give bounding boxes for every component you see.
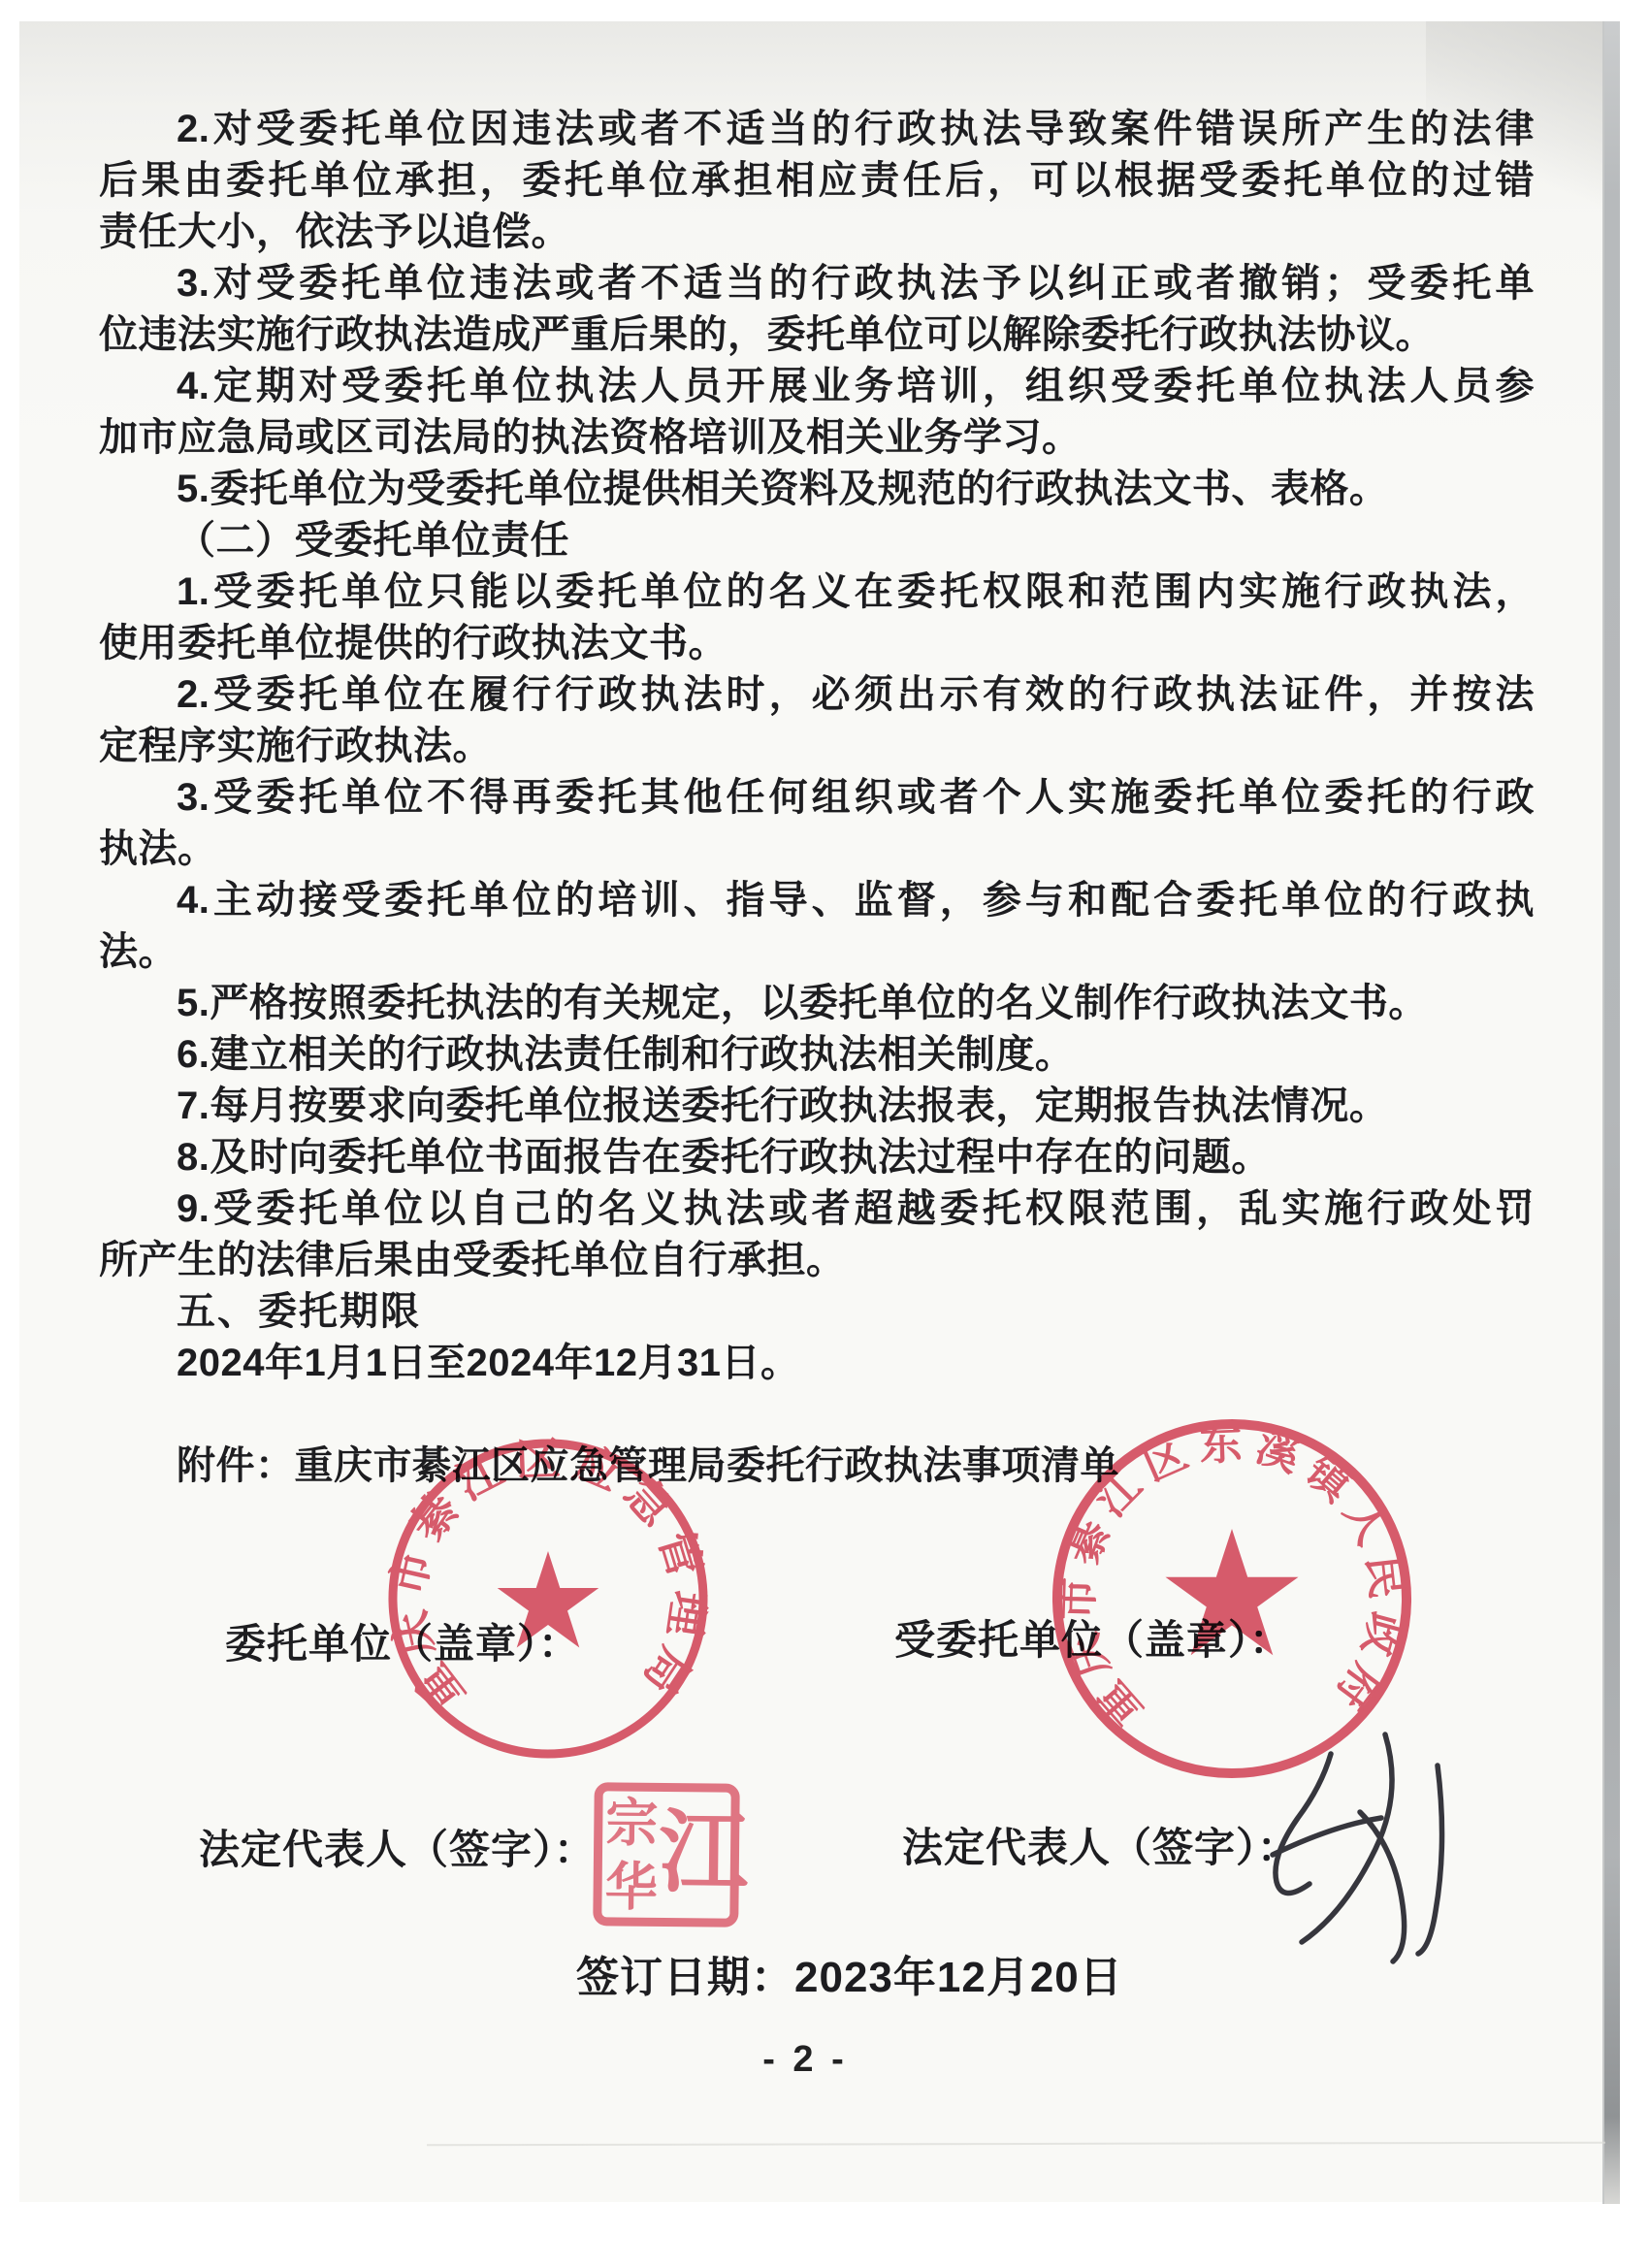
text-line: （二）受委托单位责任 — [99, 515, 1535, 567]
handwritten-signature — [1251, 1717, 1474, 1969]
text-line: 责任大小，依法予以追偿。 — [99, 207, 1535, 258]
name-seal-char: 江 — [659, 1802, 749, 1904]
star-icon — [1166, 1529, 1299, 1655]
name-seal-char: 华 — [603, 1861, 659, 1914]
name-seal-left-column: 宗 华 — [603, 1793, 660, 1916]
text-line: 2.对受委托单位因违法或者不适当的行政执法导致案件错误所产生的法律 — [99, 104, 1535, 155]
text-line: 加市应急局或区司法局的执法资格培训及相关业务学习。 — [99, 412, 1535, 464]
text-line: 1.受委托单位只能以委托单位的名义在委托权限和范围内实施行政执法， — [99, 567, 1535, 618]
text-line: 8.及时向委托单位书面报告在委托行政执法过程中存在的问题。 — [99, 1132, 1535, 1183]
document-body: 2.对受委托单位因违法或者不适当的行政执法导致案件错误所产生的法律后果由委托单位… — [99, 104, 1535, 1492]
text-line: 3.受委托单位不得再委托其他任何组织或者个人实施委托单位委托的行政 — [99, 772, 1535, 824]
text-line: 5.严格按照委托执法的有关规定，以委托单位的名义制作行政执法文书。 — [99, 978, 1535, 1029]
text-line: 使用委托单位提供的行政执法文书。 — [99, 618, 1535, 669]
name-seal-char: 宗 — [604, 1797, 660, 1850]
text-line: 4.主动接受委托单位的培训、指导、监督，参与和配合委托单位的行政执 — [99, 875, 1535, 926]
text-line: 3.对受委托单位违法或者不适当的行政执法予以纠正或者撤销；受委托单 — [99, 258, 1535, 309]
text-line: 2.受委托单位在履行行政执法时，必须出示有效的行政执法证件，并按法 — [99, 669, 1535, 721]
text-line: 5.委托单位为受委托单位提供相关资料及规范的行政执法文书、表格。 — [99, 464, 1535, 515]
text-line: 后果由委托单位承担，委托单位承担相应责任后，可以根据受委托单位的过错 — [99, 155, 1535, 207]
legal-representative-sign-label-right: 法定代表人（签字）： — [902, 1816, 1299, 1874]
scanned-document-page: 2.对受委托单位因违法或者不适当的行政执法导致案件错误所产生的法律后果由委托单位… — [0, 0, 1649, 2268]
entrustor-round-seal-stamp: 重庆市綦江区应急管理局 — [378, 1429, 727, 1778]
text-line: 定程序实施行政执法。 — [99, 721, 1535, 772]
text-line: 4.定期对受委托单位执法人员开展业务培训，组织受委托单位执法人员参 — [99, 361, 1535, 412]
text-line: 五、委托期限 — [99, 1286, 1535, 1338]
text-line: 9.受委托单位以自己的名义执法或者超越委托权限范围，乱实施行政处罚 — [99, 1183, 1535, 1235]
scan-edge-shadow — [1602, 21, 1620, 2204]
text-line: 执法。 — [99, 824, 1535, 875]
text-line: 2024年1月1日至2024年12月31日。 — [99, 1338, 1535, 1389]
text-line: 所产生的法律后果由受委托单位自行承担。 — [99, 1235, 1535, 1286]
name-seal-stamp: 宗 华 江 — [593, 1782, 740, 1928]
text-line: 6.建立相关的行政执法责任制和行政执法相关制度。 — [99, 1029, 1535, 1081]
name-seal-right-column: 江 — [659, 1793, 729, 1918]
page-number: - 2 - — [747, 2039, 863, 2081]
text-line: 法。 — [99, 926, 1535, 978]
legal-representative-sign-label-left: 法定代表人（签字）： — [199, 1818, 596, 1876]
signing-date: 签订日期：2023年12月20日 — [576, 1942, 1123, 2004]
text-line: 7.每月按要求向委托单位报送委托行政执法报表，定期报告执法情况。 — [99, 1081, 1535, 1132]
text-line: 位违法实施行政执法造成严重后果的，委托单位可以解除委托行政执法协议。 — [99, 309, 1535, 361]
star-icon — [498, 1551, 599, 1648]
